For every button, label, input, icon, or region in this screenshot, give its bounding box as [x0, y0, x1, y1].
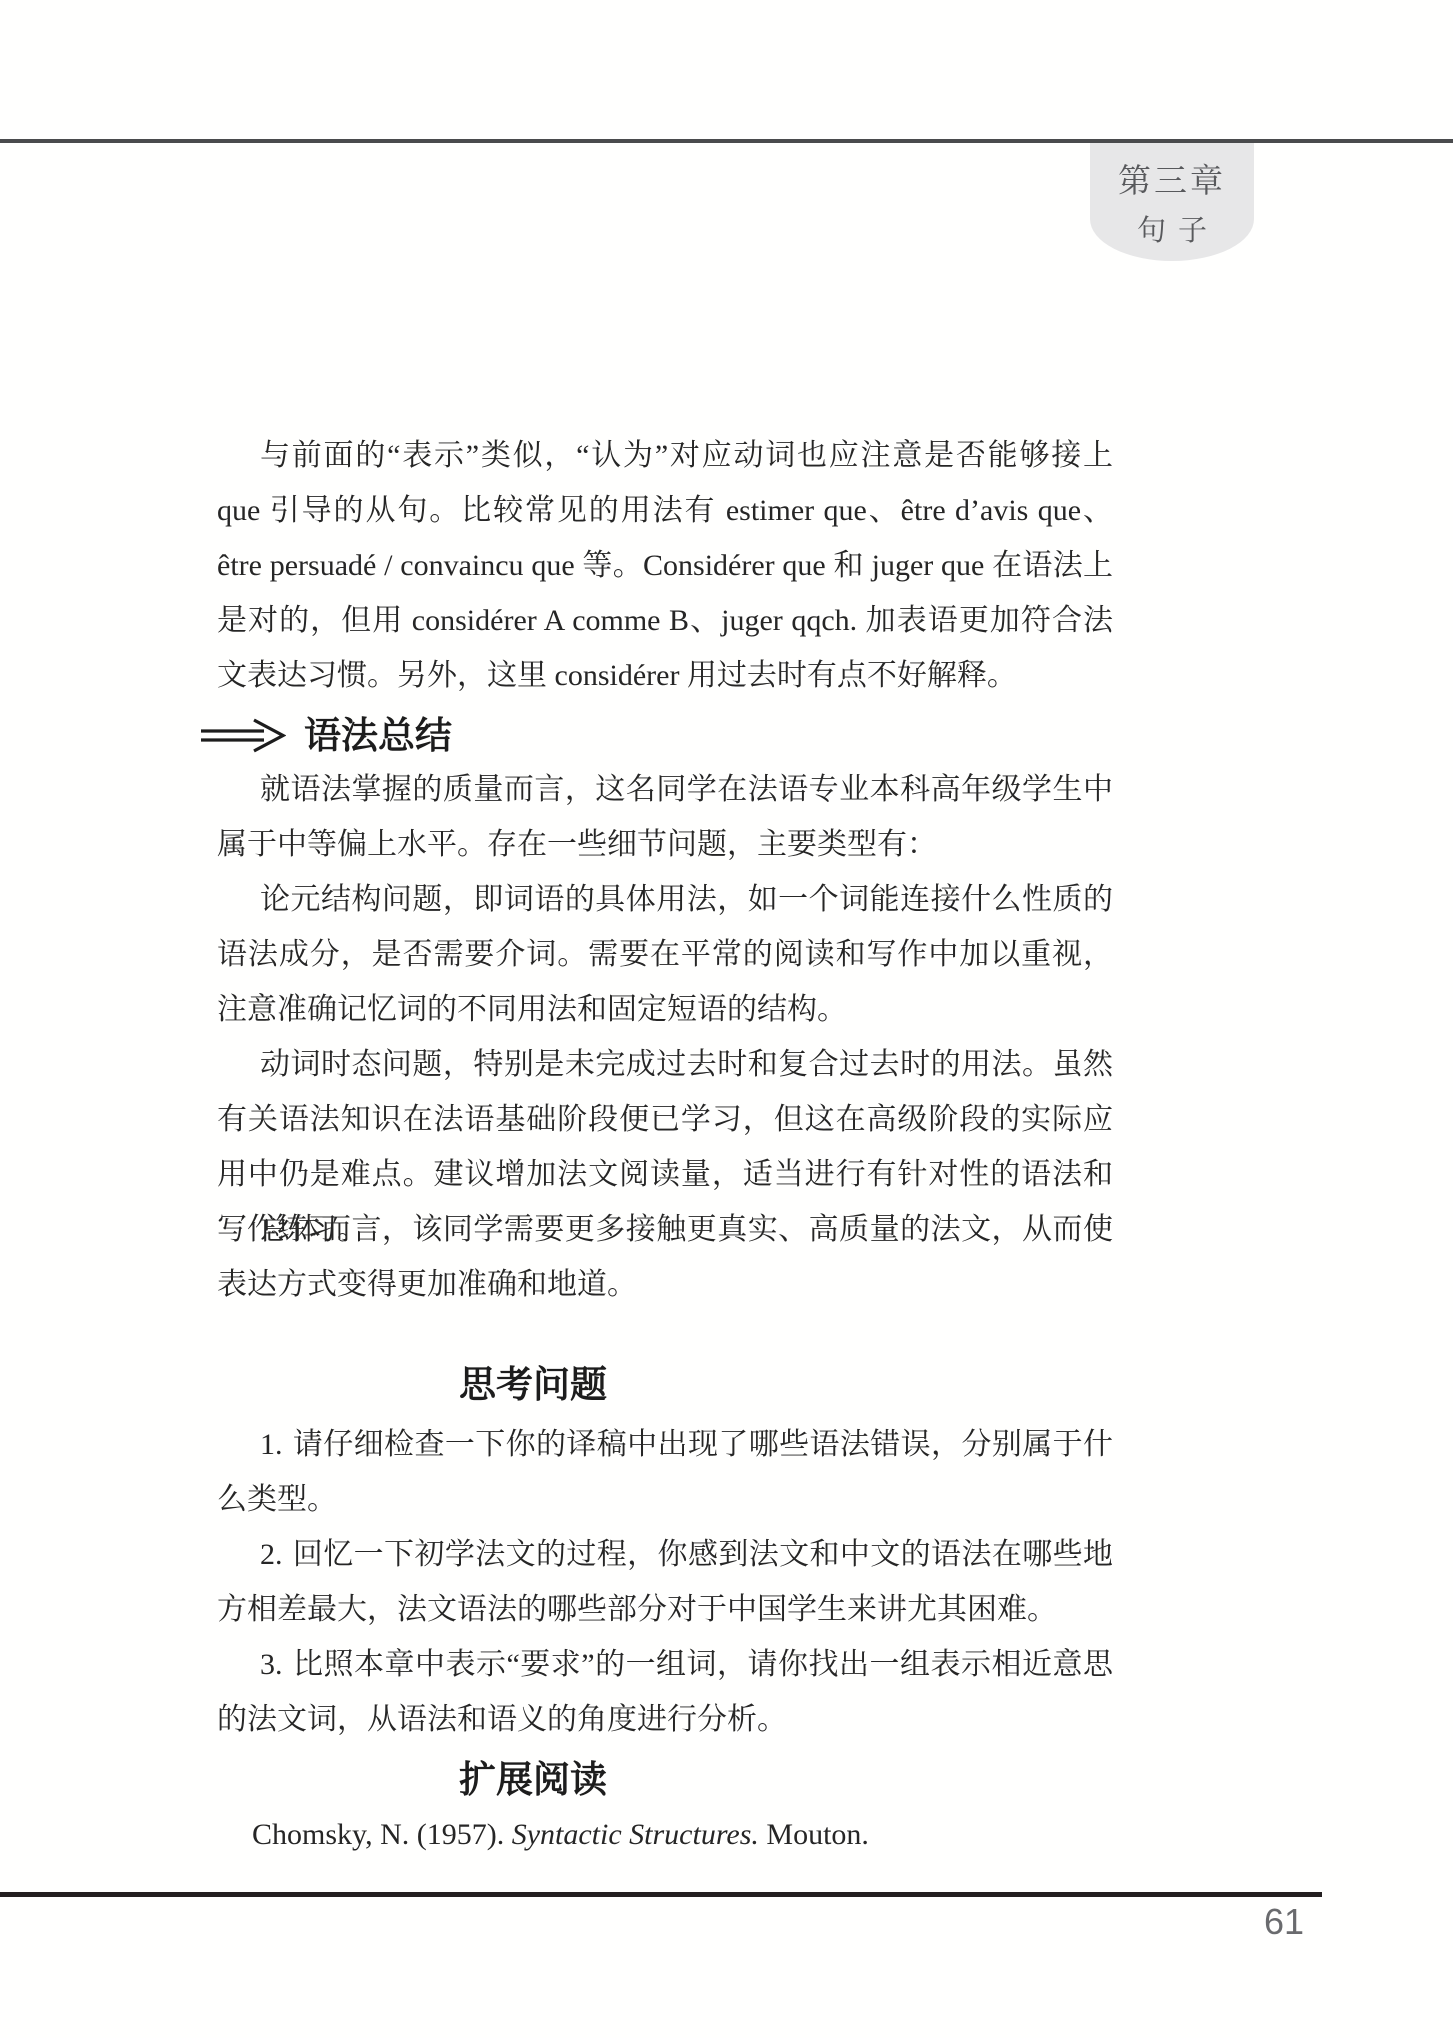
- question-number: 2.: [260, 1538, 283, 1571]
- reference-title: Syntactic Structures.: [512, 1818, 759, 1851]
- grammar-summary-heading-label: 语法总结: [304, 713, 452, 759]
- grammar-paragraph-block-1: 就语法掌握的质量而言，这名同学在法语专业本科高年级学生中属于中等偏上水平。存在一…: [217, 762, 1113, 872]
- reference-entry: Chomsky, N. (1957). Syntactic Structures…: [217, 1815, 1113, 1855]
- book-page: 第三章 句子 与前面的“表示”类似，“认为”对应动词也应注意是否能够接上 que…: [0, 0, 1453, 2038]
- bottom-rule: [0, 1892, 1322, 1897]
- question-text: 回忆一下初学法文的过程，你感到法文和中文的语法在哪些地方相差最大，法文语法的哪些…: [217, 1538, 1113, 1626]
- intro-paragraph: 与前面的“表示”类似，“认为”对应动词也应注意是否能够接上 que 引导的从句。…: [217, 428, 1113, 703]
- questions-heading: 思考问题: [459, 1363, 607, 1407]
- intro-paragraph-block: 与前面的“表示”类似，“认为”对应动词也应注意是否能够接上 que 引导的从句。…: [217, 428, 1113, 703]
- further-reading-heading: 扩展阅读: [459, 1758, 607, 1802]
- chapter-tab: 第三章 句子: [1090, 143, 1254, 261]
- grammar-paragraph: 总体而言，该同学需要更多接触更真实、高质量的法文，从而使表达方式变得更加准确和地…: [217, 1202, 1113, 1312]
- double-arrow-icon: [200, 718, 286, 754]
- question-text: 比照本章中表示“要求”的一组词，请你找出一组表示相近意思的法文词，从语法和语义的…: [217, 1648, 1113, 1736]
- grammar-summary-heading: 语法总结: [200, 713, 452, 759]
- question-item: 3.比照本章中表示“要求”的一组词，请你找出一组表示相近意思的法文词，从语法和语…: [217, 1637, 1113, 1747]
- question-item: 1.请仔细检查一下你的译稿中出现了哪些语法错误，分别属于什么类型。: [217, 1417, 1113, 1527]
- question-number: 1.: [260, 1428, 283, 1461]
- grammar-paragraph-block-2: 论元结构问题，即词语的具体用法，如一个词能连接什么性质的语法成分，是否需要介词。…: [217, 872, 1113, 1037]
- question-text: 请仔细检查一下你的译稿中出现了哪些语法错误，分别属于什么类型。: [217, 1428, 1113, 1516]
- question-item: 2.回忆一下初学法文的过程，你感到法文和中文的语法在哪些地方相差最大，法文语法的…: [217, 1527, 1113, 1637]
- reference-authors-year: Chomsky, N. (1957).: [252, 1818, 512, 1851]
- page-number: 61: [1264, 1901, 1304, 1943]
- question-number: 3.: [260, 1648, 283, 1681]
- chapter-title: 句子: [1090, 202, 1254, 249]
- questions-list: 1.请仔细检查一下你的译稿中出现了哪些语法错误，分别属于什么类型。 2.回忆一下…: [217, 1417, 1113, 1747]
- reference-publisher: Mouton.: [759, 1818, 869, 1851]
- chapter-number: 第三章: [1090, 143, 1254, 202]
- grammar-paragraph: 论元结构问题，即词语的具体用法，如一个词能连接什么性质的语法成分，是否需要介词。…: [217, 872, 1113, 1037]
- grammar-paragraph-block-4: 总体而言，该同学需要更多接触更真实、高质量的法文，从而使表达方式变得更加准确和地…: [217, 1202, 1113, 1312]
- grammar-paragraph: 就语法掌握的质量而言，这名同学在法语专业本科高年级学生中属于中等偏上水平。存在一…: [217, 762, 1113, 872]
